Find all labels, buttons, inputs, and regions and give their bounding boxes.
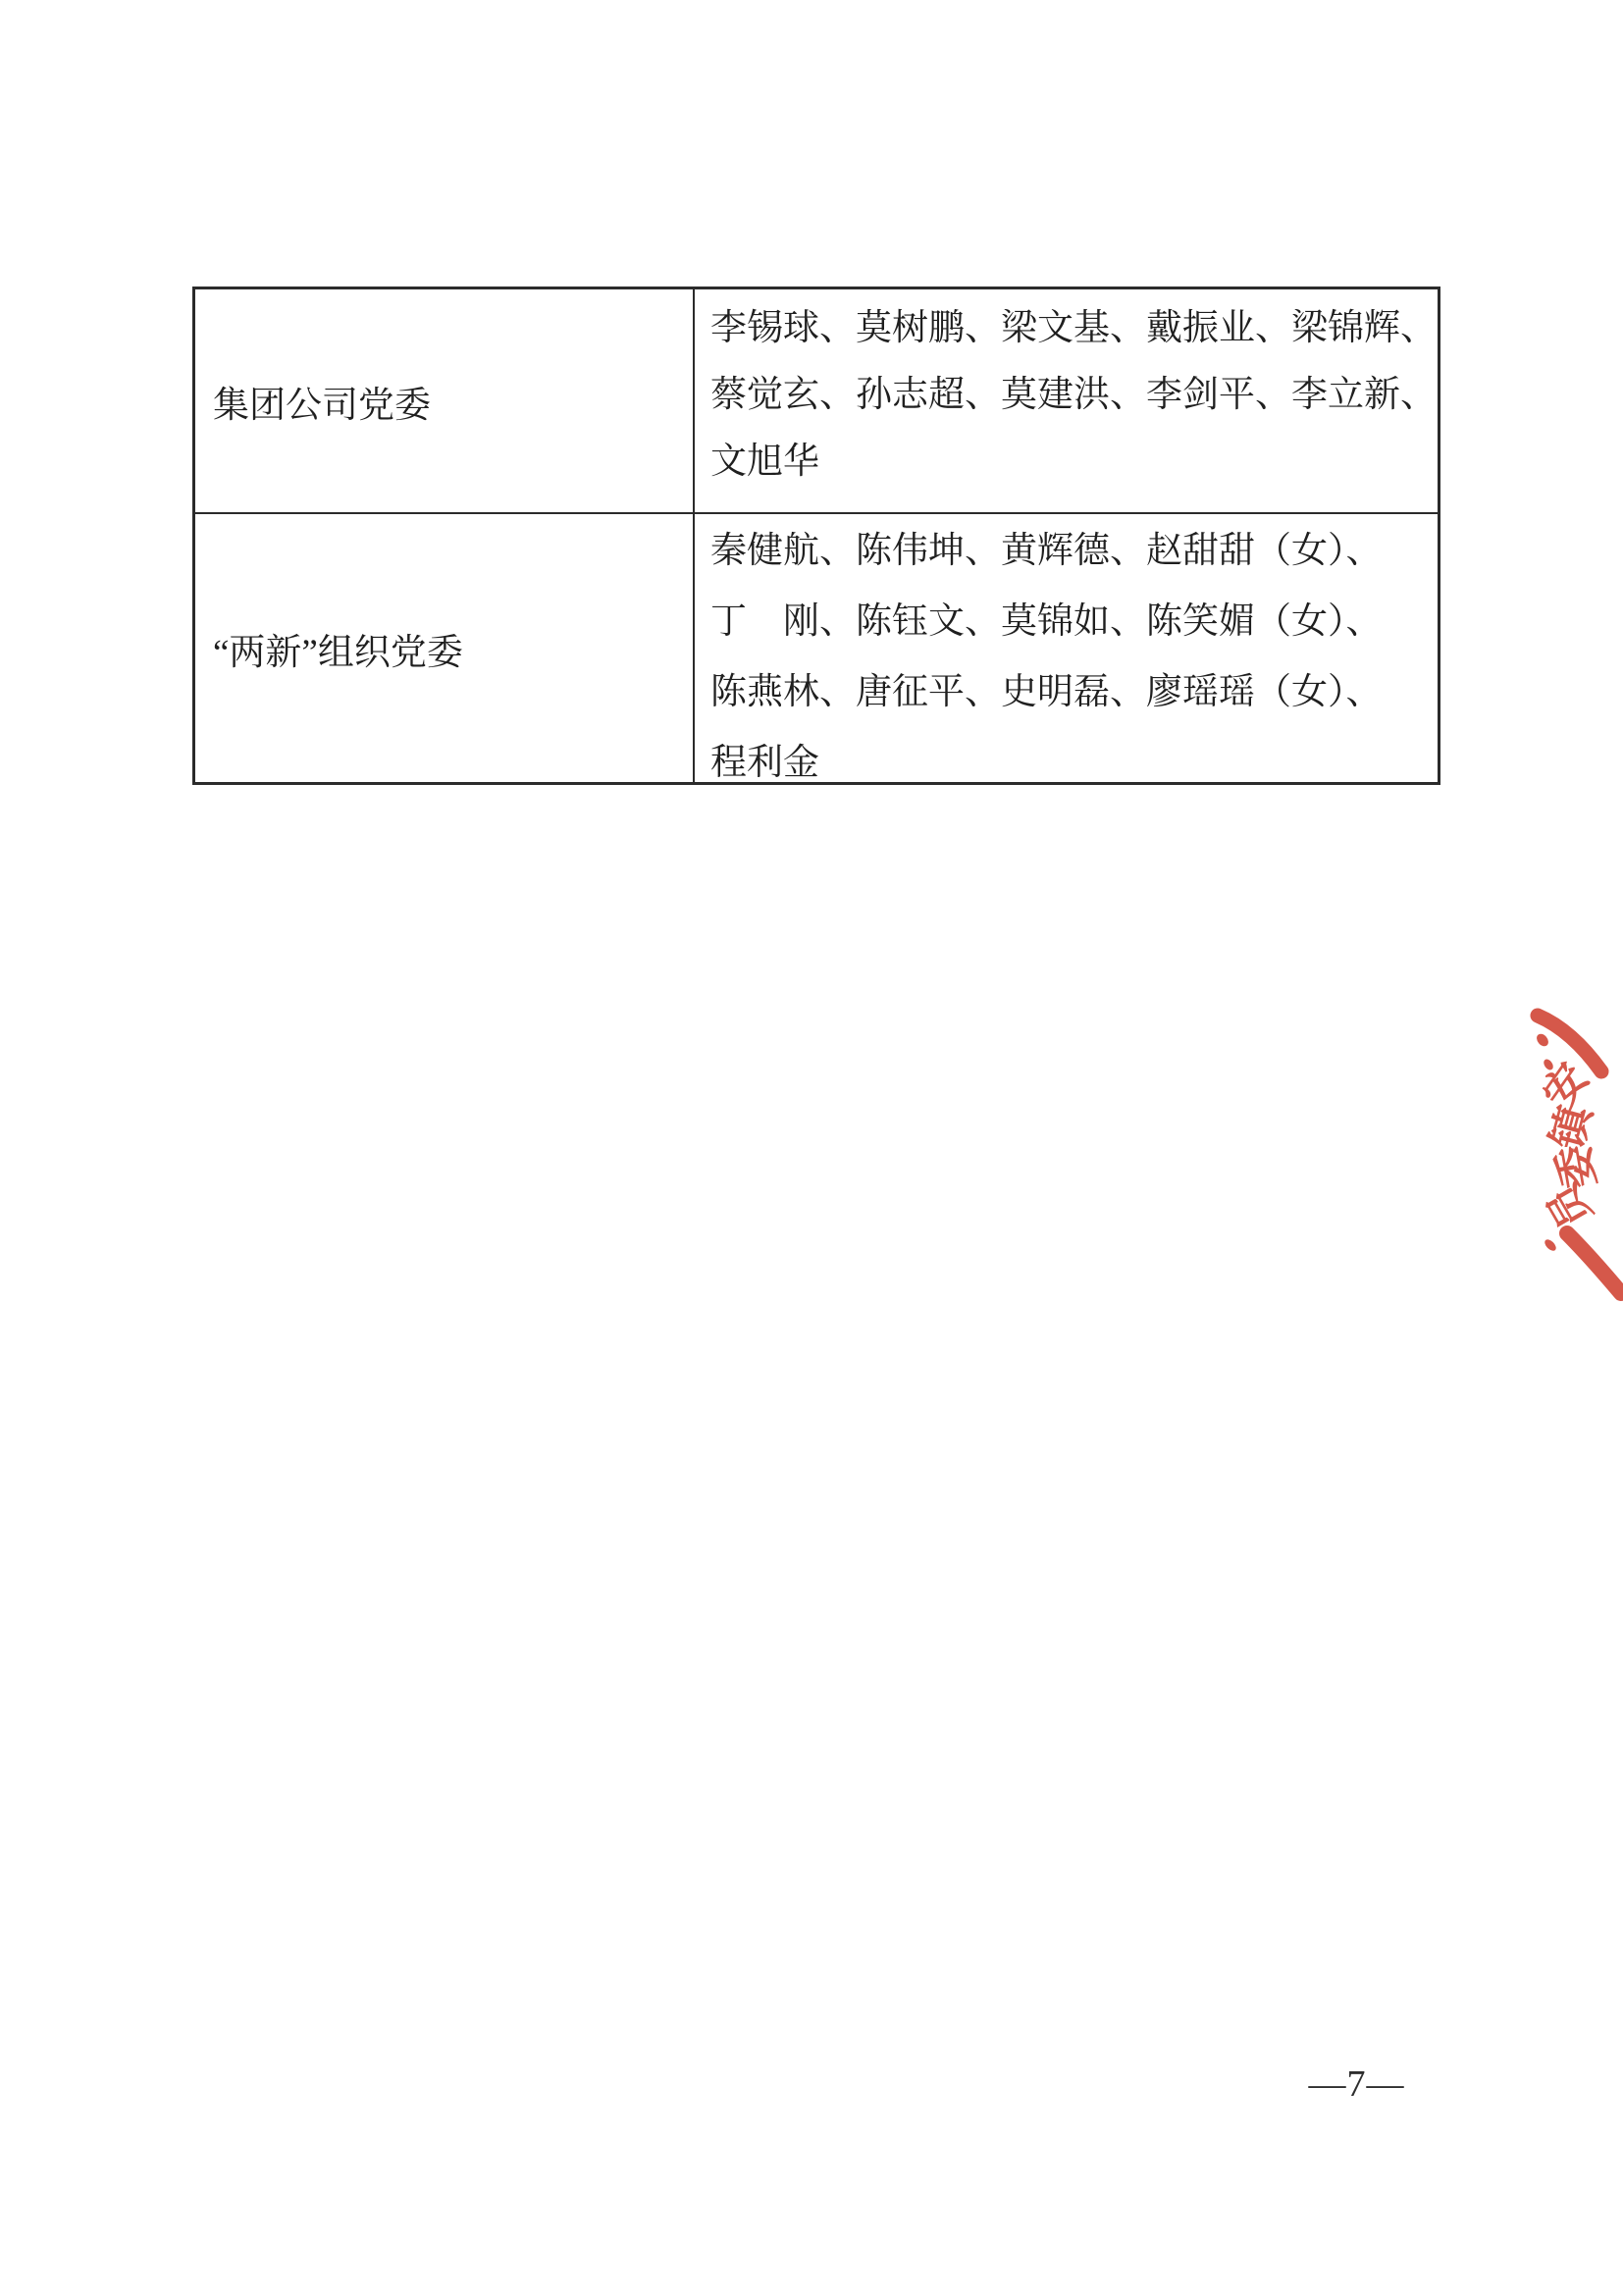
table-row-group-company: 集团公司党委 李锡球、莫树鹏、梁文基、戴振业、梁锦辉、 蔡觉玄、孙志超、莫建洪、… — [195, 289, 1438, 514]
members-line: 李锡球、莫树鹏、梁文基、戴振业、梁锦辉、 — [710, 295, 1438, 362]
seal-graphic: 安 镇 委 员 — [1495, 981, 1623, 1315]
members-line: 陈燕林、唐征平、史明磊、廖瑶瑶（女）、 — [710, 657, 1438, 728]
members-cell: 李锡球、莫树鹏、梁文基、戴振业、梁锦辉、 蔡觉玄、孙志超、莫建洪、李剑平、李立新… — [695, 289, 1438, 512]
members-line: 丁 刚、陈钰文、莫锦如、陈笑媚（女）、 — [710, 587, 1438, 657]
seal-ink-dot — [1535, 1031, 1551, 1048]
seal-ink-dot — [1543, 1237, 1558, 1253]
committee-table: 集团公司党委 李锡球、莫树鹏、梁文基、戴振业、梁锦辉、 蔡觉玄、孙志超、莫建洪、… — [192, 287, 1440, 785]
members-line: 蔡觉玄、孙志超、莫建洪、李剑平、李立新、 — [710, 362, 1438, 429]
committee-name: 集团公司党委 — [213, 375, 431, 428]
table-row-liangxin-org: “两新”组织党委 秦健航、陈伟坤、黄辉德、赵甜甜（女）、 丁 刚、陈钰文、莫锦如… — [195, 514, 1438, 782]
members-cell: 秦健航、陈伟坤、黄辉德、赵甜甜（女）、 丁 刚、陈钰文、莫锦如、陈笑媚（女）、 … — [695, 514, 1438, 782]
committee-name: “两新”组织党委 — [213, 622, 463, 675]
committee-name-cell: “两新”组织党委 — [195, 514, 695, 782]
members-line: 秦健航、陈伟坤、黄辉德、赵甜甜（女）、 — [710, 516, 1438, 587]
official-seal-stamp: 安 镇 委 员 — [1495, 981, 1623, 1315]
document-page: 集团公司党委 李锡球、莫树鹏、梁文基、戴振业、梁锦辉、 蔡觉玄、孙志超、莫建洪、… — [0, 0, 1623, 2296]
page-number: —7— — [1300, 2062, 1413, 2106]
committee-name-cell: 集团公司党委 — [195, 289, 695, 512]
members-line: 程利金 — [710, 728, 1438, 799]
seal-arc-bottom — [1567, 1233, 1621, 1293]
members-line: 文旭华 — [710, 429, 1438, 496]
